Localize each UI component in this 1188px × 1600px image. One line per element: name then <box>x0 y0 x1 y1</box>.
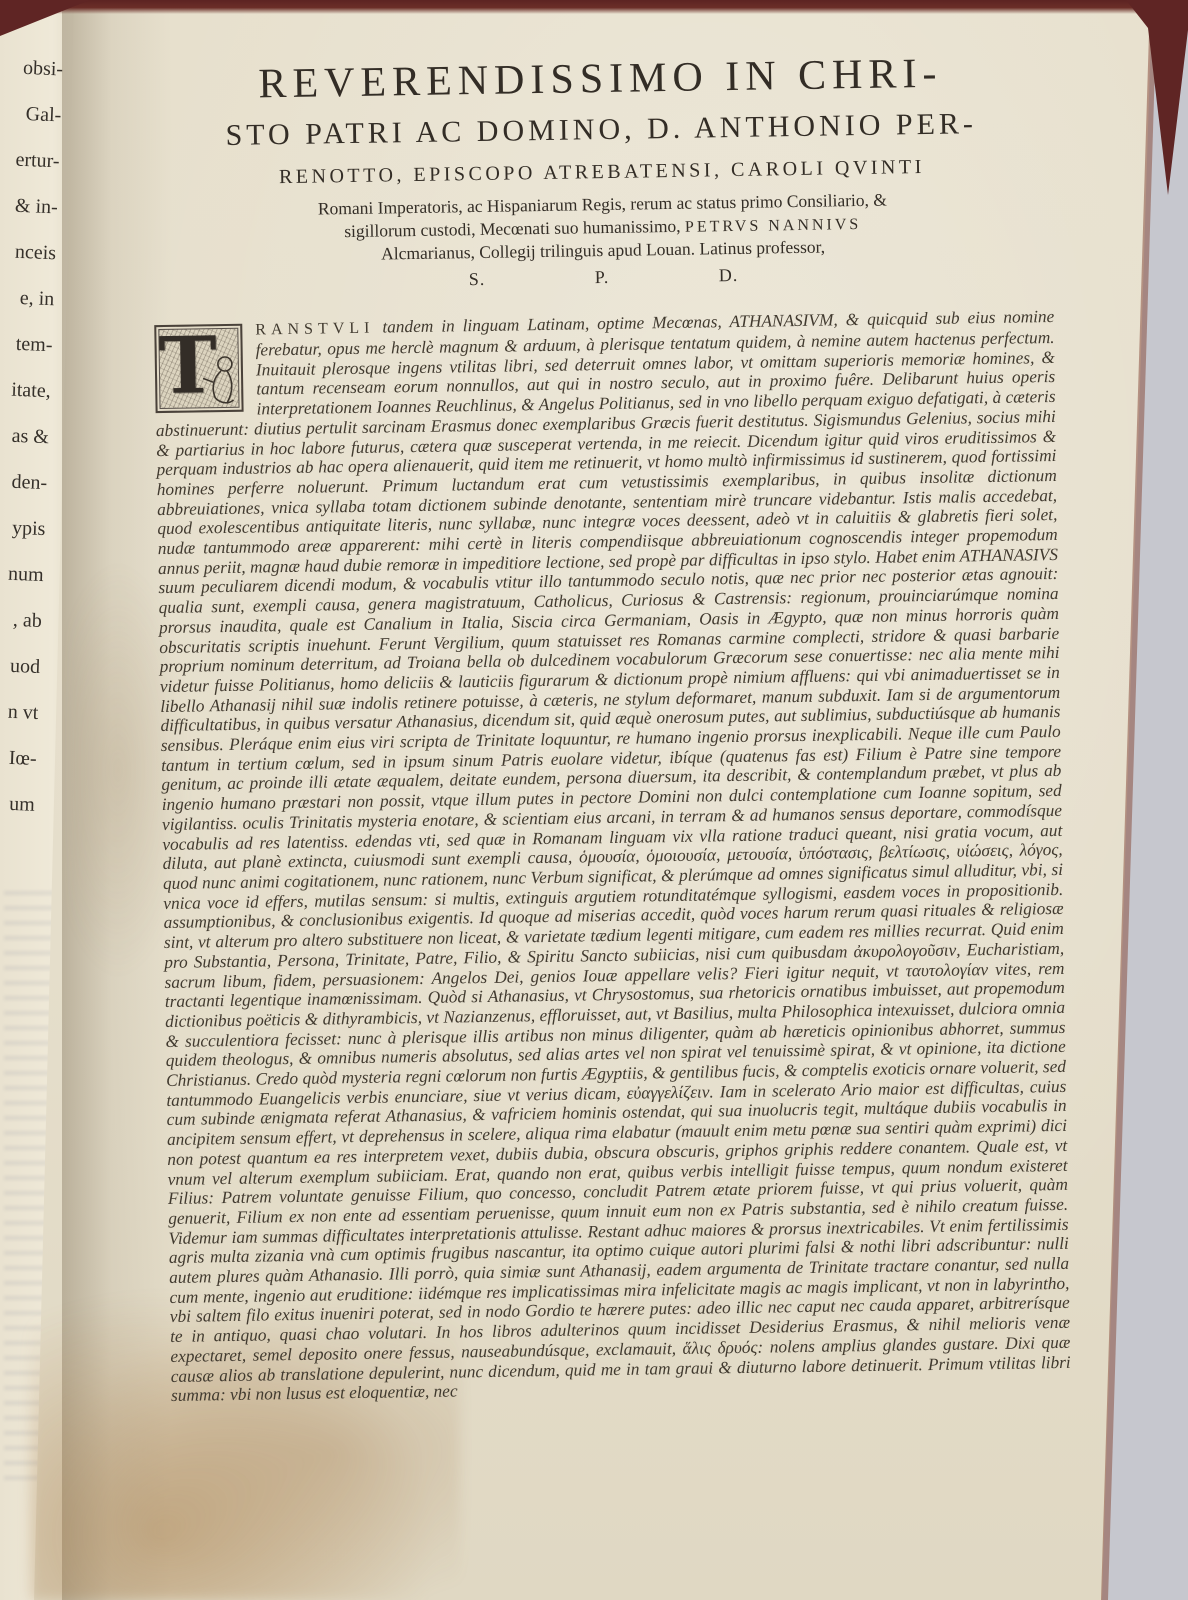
fragment: uod <box>0 642 41 690</box>
heading-line-3: RENOTTO, EPISCOPO ATREBATENSI, CAROLI QV… <box>152 154 1052 191</box>
fragment: nceis <box>0 228 57 276</box>
fragment: itate, <box>0 366 52 414</box>
woodcut-initial-T: T <box>154 324 243 413</box>
binding-top-edge <box>0 0 1188 14</box>
fragment: ypis <box>0 504 46 552</box>
printed-content: REVERENDISSIMO IN CHRI- STO PATRI AC DOM… <box>150 48 1071 1406</box>
heading-line-5-text: sigillorum custodi, Mecœnati suo humanis… <box>344 216 685 241</box>
fragment: n vt <box>0 688 39 736</box>
first-word-caps: RANSTVLI <box>255 320 374 339</box>
salutation-d: D. <box>719 265 739 286</box>
fragment: um <box>0 779 36 827</box>
heading-line-2: STO PATRI AC DOMINO, D. ANTHONIO PER- <box>151 106 1051 154</box>
salutation-s: S. <box>469 269 486 290</box>
fragment: tem- <box>0 320 53 368</box>
dedication-heading: REVERENDISSIMO IN CHRI- STO PATRI AC DOM… <box>150 48 1054 295</box>
woodcut-figure <box>199 352 240 409</box>
author-name: PETRVS NANNIVS <box>685 216 862 236</box>
fragment: Gal- <box>0 90 62 138</box>
fragment: num <box>0 550 45 598</box>
salutation-p: P. <box>595 267 610 288</box>
fragment: , ab <box>0 596 43 644</box>
dedication-body: T RANSTVLI tandem in linguam Latinam, op… <box>154 307 1071 1406</box>
fragment: den- <box>0 458 48 506</box>
book-photo: obsi- Gal- ertur- & in- nceis e, in tem-… <box>0 0 1188 1600</box>
fragment: ertur- <box>0 136 60 184</box>
facing-page-text-fragments: obsi- Gal- ertur- & in- nceis e, in tem-… <box>0 44 64 828</box>
fragment: as & <box>0 412 50 460</box>
body-text: tandem in linguam Latinam, optime Mecœna… <box>156 307 1071 1405</box>
fragment: obsi- <box>0 44 64 92</box>
fragment: e, in <box>0 274 55 322</box>
fragment: & in- <box>0 182 59 230</box>
fragment: Iœ- <box>0 733 37 781</box>
